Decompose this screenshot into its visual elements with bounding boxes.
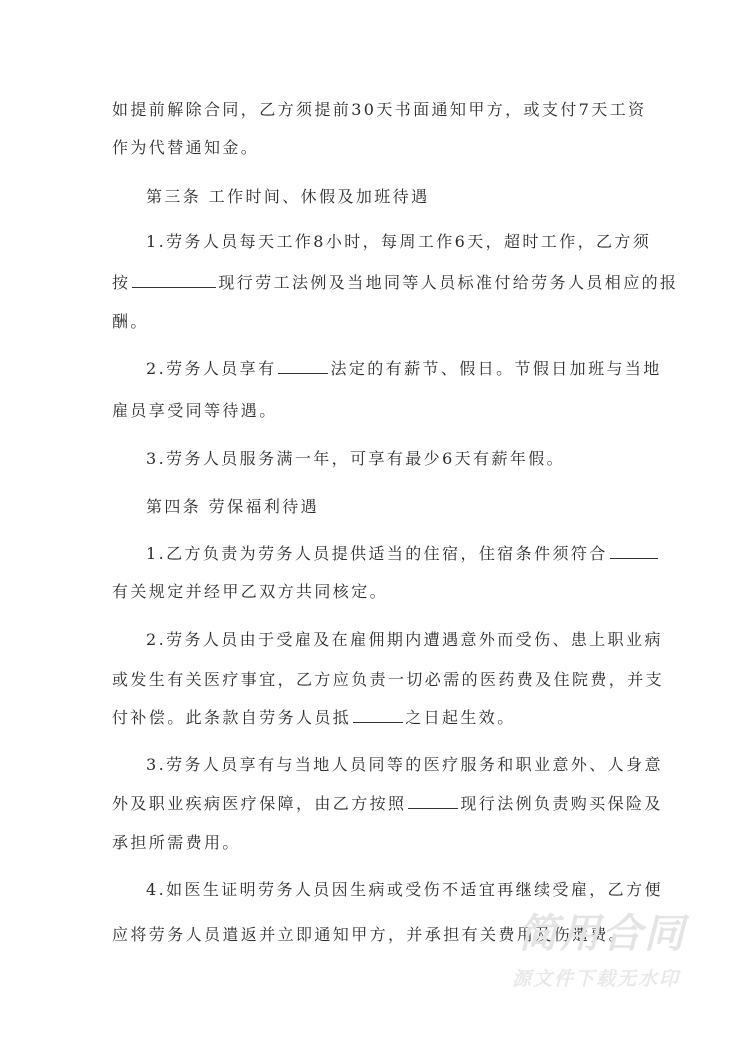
watermark-subtitle: 源文件下载无水印 [512, 967, 680, 991]
section-heading-article-4: 第四条 劳保福利待遇 [146, 497, 666, 517]
paragraph-line: 应将劳务人员遣返并立即通知甲方，并承担有关费用及伤遣费。 [112, 925, 632, 945]
paragraph-line: 3.劳务人员服务满一年，可享有最少6天有薪年假。 [146, 449, 666, 469]
text-segment: 1.乙方负责为劳务人员提供适当的住宿，住宿条件须符合 [146, 544, 608, 563]
paragraph-line: 外及职业疾病医疗保障，由乙方按照现行法例负责购买保险及 [112, 794, 632, 814]
text-segment: 付补偿。此条款自劳务人员抵 [112, 708, 351, 727]
paragraph-line: 承担所需费用。 [112, 833, 632, 853]
paragraph-line: 或发生有关医疗事宜，乙方应负责一切必需的医药费及住院费，并支 [112, 670, 632, 690]
paragraph-line: 有关规定并经甲乙双方共同核定。 [112, 582, 632, 602]
paragraph-line: 按现行劳工法例及当地同等人员标准付给劳务人员相应的报 [112, 273, 632, 293]
paragraph-line: 酬。 [112, 312, 632, 332]
fill-in-blank[interactable] [132, 273, 216, 288]
fill-in-blank[interactable] [610, 544, 658, 559]
paragraph-line: 2.劳务人员享有法定的有薪节、假日。节假日加班与当地 [146, 359, 666, 379]
paragraph-line: 2.劳务人员由于受雇及在雇佣期内遭遇意外而受伤、患上职业病 [146, 630, 666, 650]
paragraph-line: 雇员享受同等待遇。 [112, 401, 632, 421]
paragraph-line: 如提前解除合同，乙方须提前30天书面通知甲方，或支付7天工资 [112, 100, 632, 120]
paragraph-line: 4.如医生证明劳务人员因生病或受伤不适宜再继续受雇，乙方便 [146, 880, 666, 900]
paragraph-line: 作为代替通知金。 [112, 138, 632, 158]
fill-in-blank[interactable] [353, 708, 403, 723]
paragraph-line: 1.劳务人员每天工作8小时，每周工作6天，超时工作，乙方须 [146, 232, 666, 252]
text-segment: 2.劳务人员享有 [146, 359, 276, 378]
text-segment: 按 [112, 273, 130, 292]
section-heading-article-3: 第三条 工作时间、休假及加班待遇 [146, 187, 666, 207]
text-segment: 现行劳工法例及当地同等人员标准付给劳务人员相应的报 [218, 273, 678, 292]
paragraph-line: 付补偿。此条款自劳务人员抵之日起生效。 [112, 708, 632, 728]
fill-in-blank[interactable] [408, 794, 458, 809]
text-segment: 外及职业疾病医疗保障，由乙方按照 [112, 794, 406, 813]
paragraph-line: 1.乙方负责为劳务人员提供适当的住宿，住宿条件须符合 [146, 544, 666, 564]
text-segment: 之日起生效。 [405, 708, 515, 727]
document-page: 如提前解除合同，乙方须提前30天书面通知甲方，或支付7天工资 作为代替通知金。 … [0, 0, 742, 1049]
paragraph-line: 3.劳务人员享有与当地人员同等的医疗服务和职业意外、人身意 [146, 755, 666, 775]
text-segment: 现行法例负责购买保险及 [460, 794, 662, 813]
fill-in-blank[interactable] [278, 359, 328, 374]
text-segment: 法定的有薪节、假日。节假日加班与当地 [330, 359, 661, 378]
